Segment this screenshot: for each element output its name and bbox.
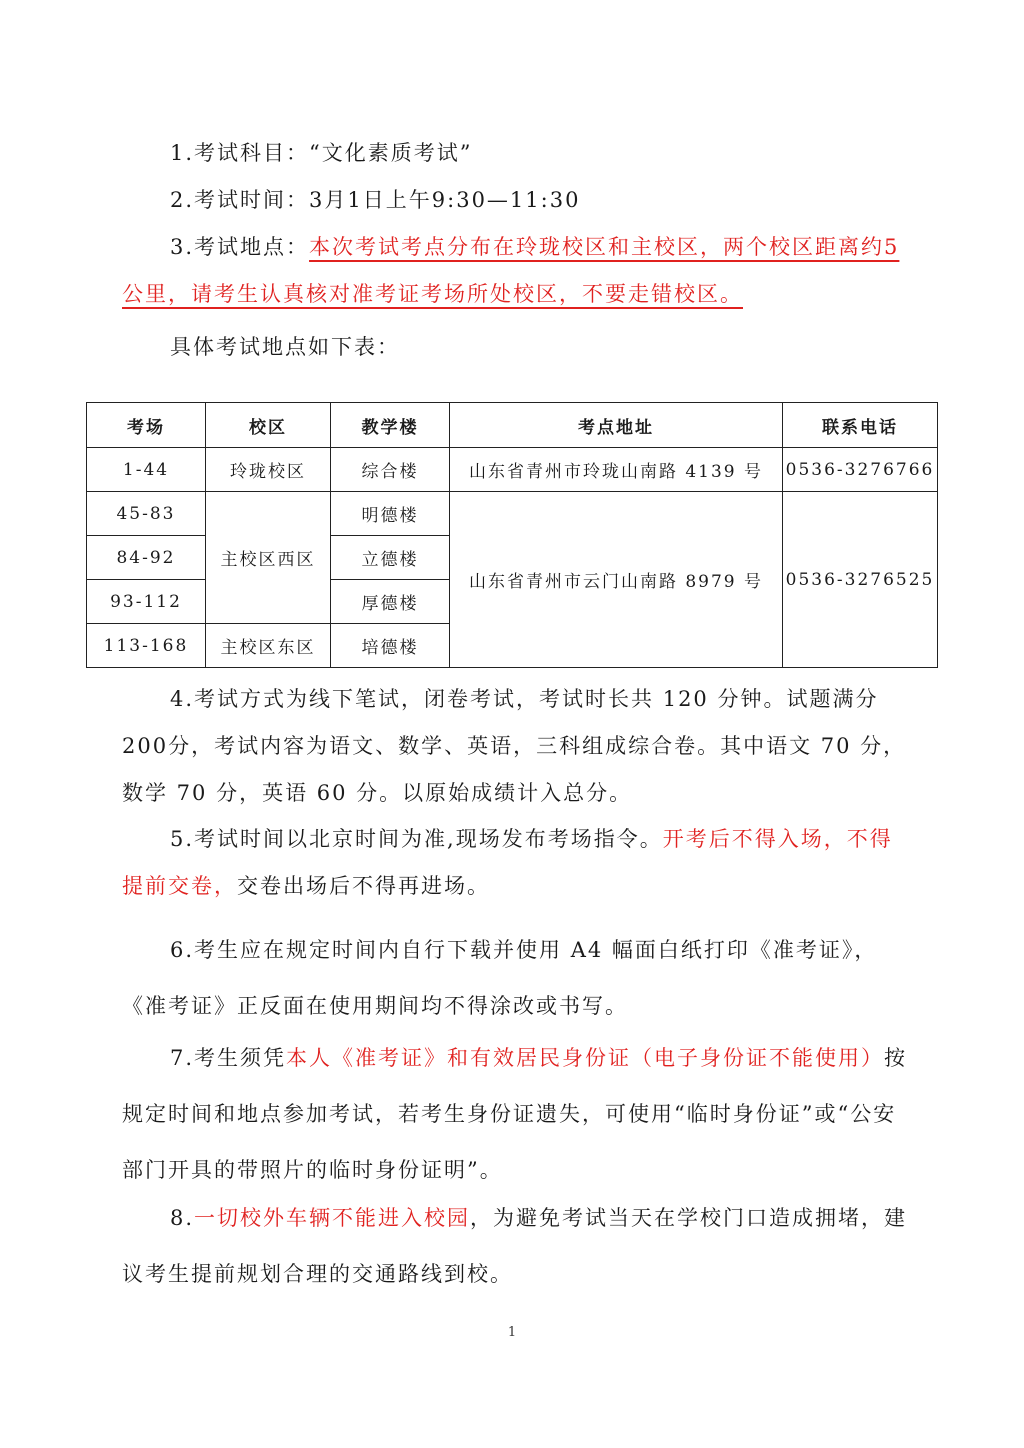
table-intro: 具体考试地点如下表： <box>122 324 912 371</box>
cell-phone: 0536-3276766 <box>783 448 938 492</box>
item-7-id: 7.考生须凭本人《准考证》和有效居民身份证（电子身份证不能使用）按规定时间和地点… <box>122 1030 912 1198</box>
table-header-row: 考场 校区 教学楼 考点地址 联系电话 <box>87 403 938 448</box>
label: 3.考试地点： <box>170 235 309 259</box>
text: 8. <box>170 1206 194 1230</box>
col-room: 考场 <box>87 403 206 448</box>
label: 2.考试时间： <box>170 188 309 212</box>
item-4-format: 4.考试方式为线下笔试，闭卷考试，考试时长共 120 分钟。试题满分200分，考… <box>122 676 912 817</box>
value: 3月1日上午9:30—11:30 <box>309 188 580 212</box>
text: 5.考试时间以北京时间为准,现场发布考场指令。 <box>170 827 663 851</box>
cell-campus: 主校区东区 <box>206 624 331 668</box>
cell-room: 93-112 <box>87 580 206 624</box>
page-number: 1 <box>0 1325 1024 1340</box>
cell-room: 84-92 <box>87 536 206 580</box>
item-8-vehicles: 8.一切校外车辆不能进入校园，为避免考试当天在学校门口造成拥堵，建议考生提前规划… <box>122 1190 912 1302</box>
col-building: 教学楼 <box>331 403 450 448</box>
cell-address: 山东省青州市云门山南路 8979 号 <box>450 492 783 668</box>
cell-room: 1-44 <box>87 448 206 492</box>
col-campus: 校区 <box>206 403 331 448</box>
value: “文化素质考试” <box>309 141 472 165</box>
exam-location-table: 考场 校区 教学楼 考点地址 联系电话 1-44 玲珑校区 综合楼 山东省青州市… <box>86 402 938 668</box>
item-3-location: 3.考试地点：本次考试考点分布在玲珑校区和主校区，两个校区距离约5公里，请考生认… <box>122 224 912 318</box>
table-row: 1-44 玲珑校区 综合楼 山东省青州市玲珑山南路 4139 号 0536-32… <box>87 448 938 492</box>
text: 交卷出场后不得再进场。 <box>237 874 490 898</box>
cell-room: 113-168 <box>87 624 206 668</box>
cell-phone: 0536-3276525 <box>783 492 938 668</box>
col-phone: 联系电话 <box>783 403 938 448</box>
vehicle-highlight: 一切校外车辆不能进入校园 <box>194 1206 470 1230</box>
col-address: 考点地址 <box>450 403 783 448</box>
cell-building: 明德楼 <box>331 492 450 536</box>
item-1-subject: 1.考试科目：“文化素质考试” <box>122 130 912 177</box>
cell-building: 培德楼 <box>331 624 450 668</box>
text: 7.考生须凭 <box>170 1046 286 1070</box>
id-highlight: 本人《准考证》和有效居民身份证（电子身份证不能使用） <box>286 1046 884 1070</box>
item-5-rules: 5.考试时间以北京时间为准,现场发布考场指令。开考后不得入场，不得提前交卷，交卷… <box>122 816 912 910</box>
cell-campus: 主校区西区 <box>206 492 331 624</box>
cell-address: 山东省青州市玲珑山南路 4139 号 <box>450 448 783 492</box>
cell-campus: 玲珑校区 <box>206 448 331 492</box>
item-6-admission-ticket: 6.考生应在规定时间内自行下载并使用 A4 幅面白纸打印《准考证》，《准考证》正… <box>122 922 912 1034</box>
table-row: 45-83 主校区西区 明德楼 山东省青州市云门山南路 8979 号 0536-… <box>87 492 938 536</box>
cell-building: 综合楼 <box>331 448 450 492</box>
cell-building: 厚德楼 <box>331 580 450 624</box>
item-2-time: 2.考试时间：3月1日上午9:30—11:30 <box>122 177 912 224</box>
cell-building: 立德楼 <box>331 536 450 580</box>
label: 1.考试科目： <box>170 141 309 165</box>
cell-room: 45-83 <box>87 492 206 536</box>
